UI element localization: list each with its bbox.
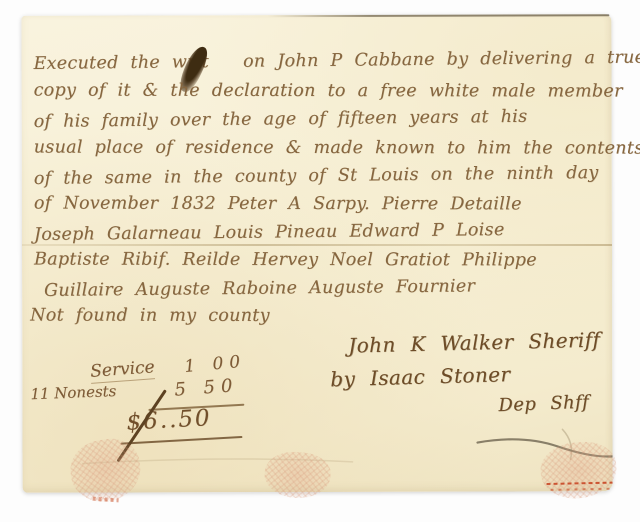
deputy-signature: by Isaac Stoner: [330, 362, 511, 391]
manuscript-line: Not found in my county: [30, 305, 596, 328]
sheriff-signature: John K Walker Sheriff: [348, 328, 601, 358]
manuscript-line: of November 1832 Peter A Sarpy. Pierre D…: [34, 193, 600, 216]
embossed-seal-stain-center: [263, 449, 333, 500]
manuscript-line: of his family over the age of fifteen ye…: [34, 105, 600, 133]
embossed-seal-stain-left: [67, 435, 145, 506]
manuscript-line: Guillaire Auguste Raboine Auguste Fourni…: [44, 274, 610, 302]
manuscript-line: copy of it & the declaration to a free w…: [34, 80, 600, 103]
manuscript-line-text: on John P Cabbane by delivering a true: [243, 48, 640, 72]
manuscript-line: Executed the writon John P Cabbane by de…: [33, 47, 599, 75]
manuscript-line: Joseph Galarneau Louis Pineau Edward P L…: [34, 218, 600, 246]
horizontal-fold-crease: [22, 244, 612, 246]
manuscript-paper: Executed the writon John P Cabbane by de…: [21, 14, 612, 493]
fee-total-rule: [121, 436, 243, 445]
fee-service-amount: 1 00: [184, 352, 247, 377]
manuscript-line: usual place of residence & made known to…: [34, 137, 600, 160]
deputy-title: Dep Shff: [498, 392, 590, 416]
fee-nonests-label: 11 Nonests: [30, 382, 117, 403]
red-print-offset-marks: [547, 482, 613, 492]
manuscript-line: of the same in the county of St Louis on…: [34, 162, 600, 190]
scanned-document-background: Executed the writon John P Cabbane by de…: [0, 0, 640, 522]
fee-service-label: Service: [90, 357, 156, 384]
manuscript-line: Baptiste Ribif. Reilde Hervey Noel Grati…: [34, 249, 600, 272]
fee-nonests-amount: 5 50: [174, 375, 239, 401]
